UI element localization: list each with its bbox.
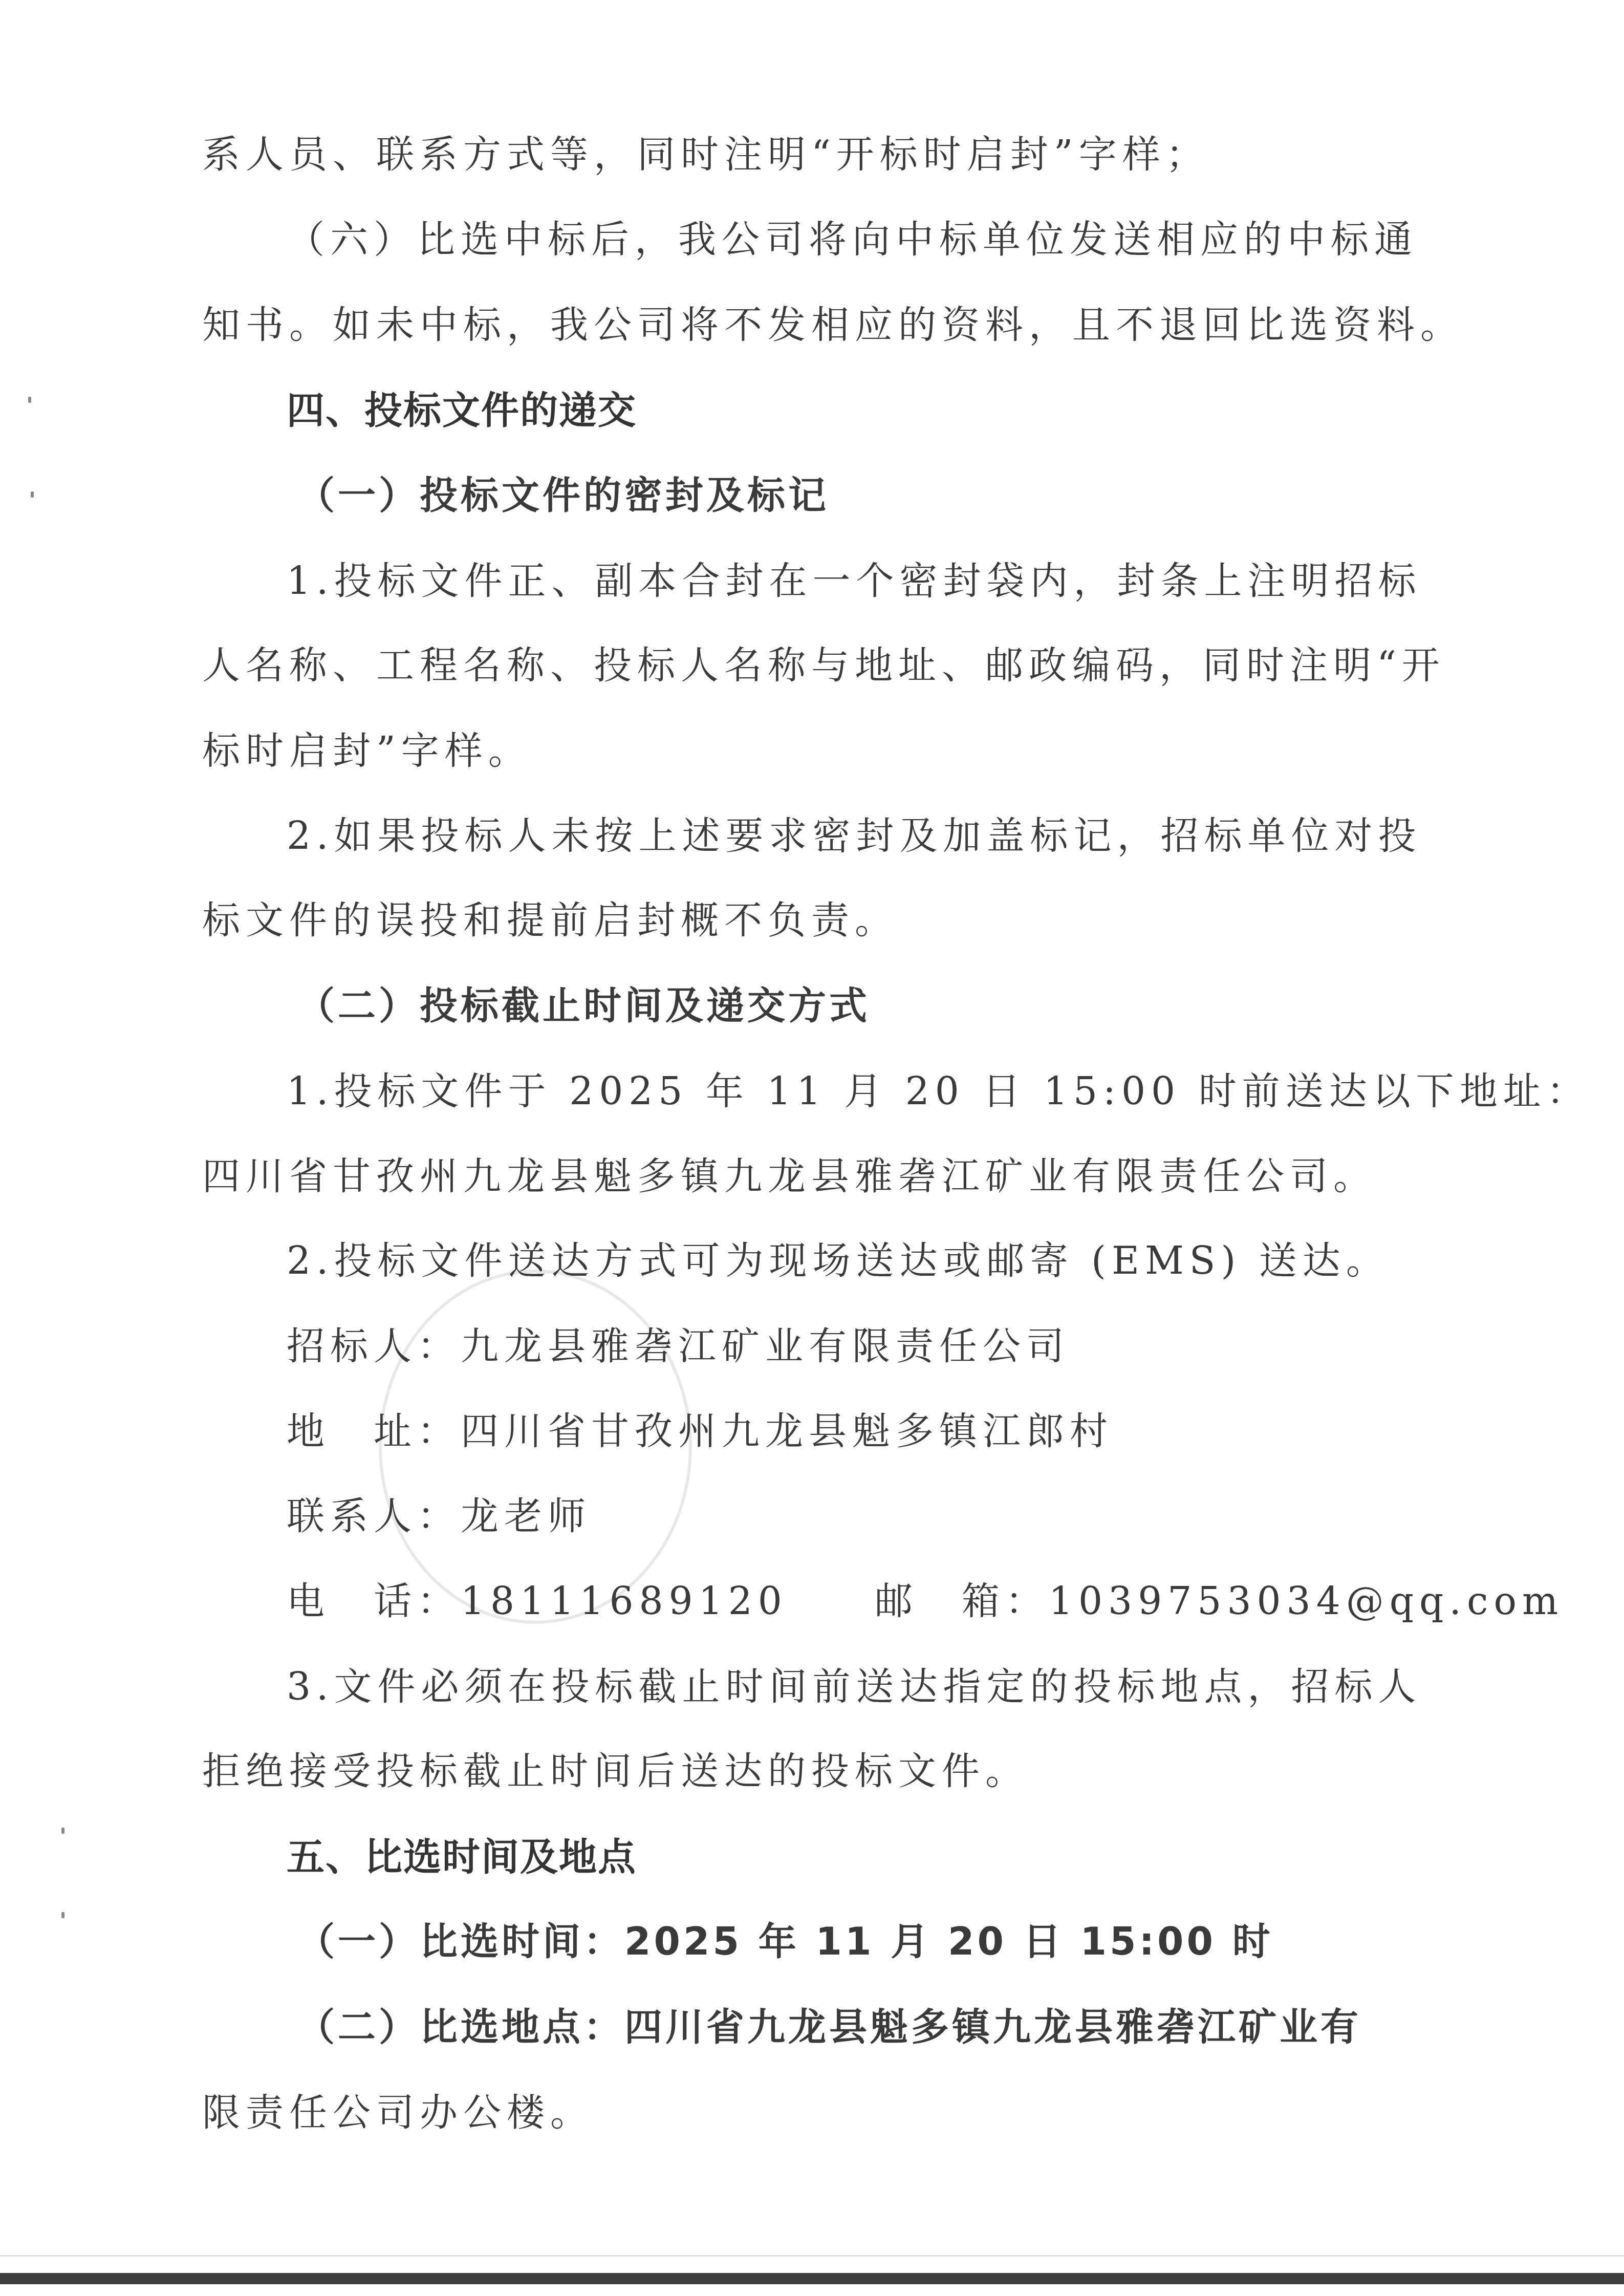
paragraph-line: 知书。如未中标，我公司将不发相应的资料，且不退回比选资料。 bbox=[202, 299, 1431, 351]
document-page: 系人员、联系方式等，同时注明“开标时启封”字样； （六）比选中标后，我公司将向中… bbox=[0, 0, 1624, 2296]
phone-value: 18111689120 bbox=[461, 1579, 788, 1623]
scan-speck bbox=[61, 1912, 64, 1918]
paragraph-line: 四川省甘孜州九龙县魁多镇九龙县雅砻江矿业有限责任公司。 bbox=[202, 1151, 1431, 1202]
person-label: 联系人： bbox=[287, 1494, 461, 1538]
tenderer-label: 招标人： bbox=[287, 1324, 461, 1368]
paragraph-line: 1.投标文件正、副本合封在一个密封袋内，封条上注明招标 bbox=[287, 555, 1515, 607]
section-4-heading: 四、投标文件的递交 bbox=[287, 385, 1515, 436]
contact-tenderer: 招标人：九龙县雅砻江矿业有限责任公司 bbox=[287, 1321, 1515, 1372]
paragraph-line: 人名称、工程名称、投标人名称与地址、邮政编码，同时注明“开 bbox=[202, 640, 1431, 691]
bid-place-line: （二）比选地点：四川省九龙县魁多镇九龙县雅砻江矿业有 bbox=[297, 2002, 1525, 2053]
scan-speck bbox=[28, 397, 31, 403]
tenderer-value: 九龙县雅砻江矿业有限责任公司 bbox=[461, 1324, 1070, 1368]
page-edge-divider bbox=[0, 2255, 1624, 2257]
subsection-4-1-heading: （一）投标文件的密封及标记 bbox=[297, 470, 1525, 521]
contact-phone-email: 电 话：18111689120邮 箱：1039753034@qq.com bbox=[287, 1576, 1515, 1627]
paragraph-line: 1.投标文件于 2025 年 11 月 20 日 15:00 时前送达以下地址： bbox=[287, 1066, 1515, 1117]
paragraph-line: 限责任公司办公楼。 bbox=[202, 2087, 1431, 2138]
address-value: 四川省甘孜州九龙县魁多镇江郎村 bbox=[461, 1409, 1113, 1453]
email-value: 1039753034@qq.com bbox=[1049, 1579, 1564, 1623]
paragraph-line: 标时启封”字样。 bbox=[202, 725, 1431, 777]
paragraph-line: 拒绝接受投标截止时间后送达的投标文件。 bbox=[202, 1746, 1431, 1797]
paragraph-line: 2.如果投标人未按上述要求密封及加盖标记，招标单位对投 bbox=[287, 810, 1515, 862]
paragraph-line: 系人员、联系方式等，同时注明“开标时启封”字样； bbox=[202, 129, 1431, 180]
paragraph-line: 标文件的误投和提前启封概不负责。 bbox=[202, 895, 1431, 946]
contact-address: 地 址：四川省甘孜州九龙县魁多镇江郎村 bbox=[287, 1406, 1515, 1457]
page-bottom-border bbox=[0, 2273, 1624, 2284]
paragraph-line: 3.文件必须在投标截止时间前送达指定的投标地点，招标人 bbox=[287, 1661, 1515, 1712]
bid-time-line: （一）比选时间：2025 年 11 月 20 日 15:00 时 bbox=[297, 1916, 1525, 1967]
scan-speck bbox=[31, 491, 34, 498]
phone-label: 电 话： bbox=[287, 1579, 461, 1623]
paragraph-line: 2.投标文件送达方式可为现场送达或邮寄 (EMS) 送达。 bbox=[287, 1235, 1515, 1286]
address-label: 地 址： bbox=[287, 1409, 461, 1453]
section-5-heading: 五、比选时间及地点 bbox=[287, 1832, 1515, 1883]
email-label: 邮 箱： bbox=[875, 1579, 1049, 1623]
subsection-4-2-heading: （二）投标截止时间及递交方式 bbox=[297, 980, 1525, 1032]
paragraph-line: （六）比选中标后，我公司将向中标单位发送相应的中标通 bbox=[287, 214, 1515, 265]
person-value: 龙老师 bbox=[461, 1494, 591, 1538]
contact-person: 联系人：龙老师 bbox=[287, 1491, 1515, 1542]
scan-speck bbox=[61, 1828, 64, 1834]
